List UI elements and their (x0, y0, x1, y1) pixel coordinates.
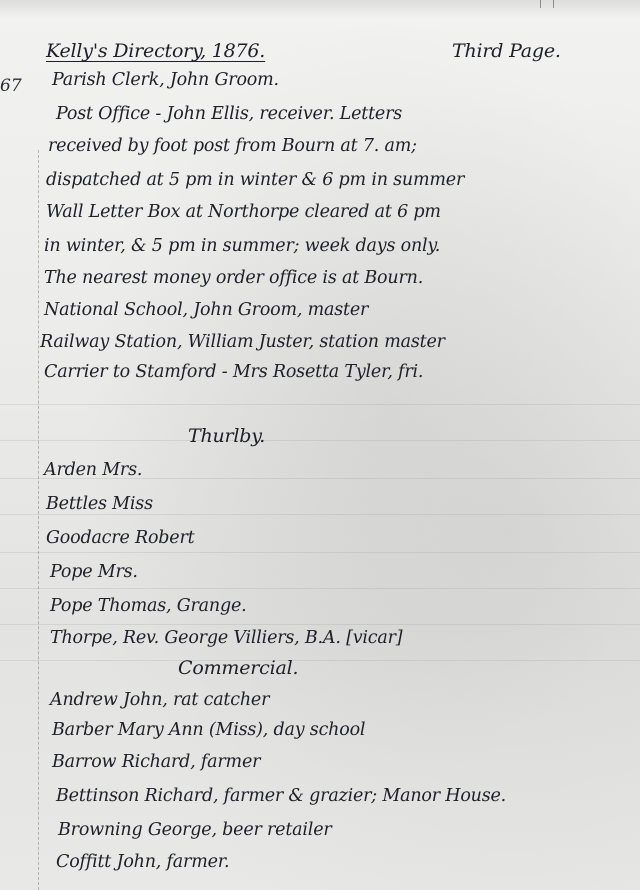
section-heading-thurlby: Thurlby. (188, 425, 265, 447)
ruled-line (0, 624, 640, 625)
page-label: Third Page. (452, 40, 561, 62)
intro-line: Railway Station, William Juster, station… (40, 332, 445, 352)
commercial-entry: Coffitt John, farmer. (56, 852, 229, 872)
ruled-line (0, 552, 640, 553)
ruled-line (0, 404, 640, 405)
commercial-entry: Andrew John, rat catcher (50, 690, 269, 710)
corner-mark (540, 0, 554, 8)
margin-page-number: 67 (0, 76, 22, 96)
section-heading-commercial: Commercial. (178, 657, 298, 679)
resident-entry: Pope Mrs. (50, 562, 138, 582)
intro-line: Carrier to Stamford - Mrs Rosetta Tyler,… (44, 362, 423, 382)
resident-entry: Arden Mrs. (44, 460, 142, 480)
intro-line: The nearest money order office is at Bou… (44, 268, 423, 288)
intro-line: dispatched at 5 pm in winter & 6 pm in s… (46, 170, 464, 190)
intro-line: Parish Clerk, John Groom. (52, 70, 279, 90)
resident-entry: Pope Thomas, Grange. (50, 596, 247, 616)
commercial-entry: Browning George, beer retailer (58, 820, 332, 840)
commercial-entry: Barber Mary Ann (Miss), day school (52, 720, 365, 740)
margin-line (38, 150, 39, 890)
document-title: Kelly's Directory, 1876. (46, 40, 265, 62)
ruled-line (0, 660, 640, 661)
resident-entry: Goodacre Robert (46, 528, 194, 548)
intro-line: received by foot post from Bourn at 7. a… (48, 136, 417, 156)
resident-entry: Bettles Miss (46, 494, 153, 514)
intro-line: in winter, & 5 pm in summer; week days o… (44, 236, 440, 256)
ruled-line (0, 514, 640, 515)
resident-entry: Thorpe, Rev. George Villiers, B.A. [vica… (50, 628, 402, 648)
commercial-entry: Barrow Richard, farmer (52, 752, 260, 772)
intro-line: Post Office - John Ellis, receiver. Lett… (56, 104, 402, 124)
intro-line: National School, John Groom, master (44, 300, 368, 320)
commercial-entry: Bettinson Richard, farmer & grazier; Man… (56, 786, 506, 806)
ruled-line (0, 440, 640, 441)
ruled-line (0, 588, 640, 589)
handwritten-page: Kelly's Directory, 1876. Third Page. 67 … (0, 0, 640, 890)
intro-line: Wall Letter Box at Northorpe cleared at … (46, 202, 441, 222)
